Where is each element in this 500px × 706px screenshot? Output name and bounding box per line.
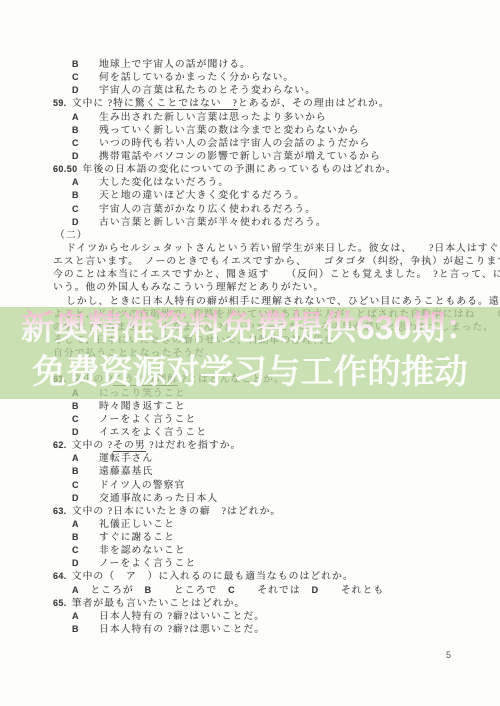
- doc-line: A ところが B ところで C それでは D それとも: [0, 584, 500, 597]
- doc-line: A大した変化はないだろう。: [0, 176, 500, 189]
- option-letter: D: [72, 150, 99, 163]
- doc-line: A生み出された新しい言葉は思ったより多いから: [0, 111, 500, 124]
- doc-line: Dイエスをよく言うこと: [0, 426, 500, 439]
- text-segment: とあるが、その理由はどれか。: [238, 98, 390, 109]
- option-letter: D: [72, 557, 99, 570]
- text-segment: 古い言葉と新しい言葉が半々使われるだろう。: [99, 217, 327, 228]
- doc-line: B時々聞き返すこと: [0, 400, 500, 413]
- doc-line: B天と地の違いほど大きく変化するだろう。: [0, 189, 500, 202]
- question-number: 65.: [53, 598, 67, 608]
- underlined-phrase: 特に驚くことではない ?: [113, 98, 238, 110]
- text-segment: ところで: [152, 585, 228, 596]
- option-letter: C: [72, 137, 99, 150]
- doc-line: D古い言葉と新しい言葉が半々使われるだろう。: [0, 216, 500, 229]
- text-segment: 生み出された新しい言葉は思ったより多いから: [99, 112, 327, 123]
- text-segment: D: [312, 585, 320, 595]
- text-segment: ドイツからセルシュタットさんという若い留学生が来日した。彼女は、 ?日本人はすぐ…: [66, 243, 500, 254]
- text-segment: ノーをよく言うこと: [99, 414, 196, 425]
- doc-line: C何を話しているかまったく分からない。: [0, 71, 500, 84]
- option-letter: A: [72, 176, 99, 189]
- option-letter: D: [72, 426, 99, 439]
- text-segment: C: [228, 585, 236, 595]
- doc-line: 64.文中の（ ア ）に入れるのに最も適当なものはどれか。: [0, 570, 500, 583]
- option-letter: A: [72, 518, 99, 531]
- text-segment: 遠藤嘉基氏: [99, 466, 153, 477]
- question-number: 63.: [53, 506, 67, 516]
- question-number: 64.: [53, 571, 67, 581]
- option-letter: B: [72, 124, 99, 137]
- text-segment: 宇宙人の言葉がかなり広く使われるだろう。: [99, 204, 316, 215]
- text-segment: 交通事故にあった日本人: [99, 493, 218, 504]
- doc-line: A運転手さん: [0, 452, 500, 465]
- underlined-phrase: その男: [113, 440, 146, 452]
- doc-line: 62.文中の ?その男 ?はだれを指すか。: [0, 439, 500, 452]
- doc-line: D交通事故にあった日本人: [0, 492, 500, 505]
- option-letter: C: [72, 71, 99, 84]
- doc-line: Cノーをよく言うこと: [0, 413, 500, 426]
- text-segment: 文中の ?: [72, 440, 113, 451]
- doc-line: C非を認めないこと: [0, 544, 500, 557]
- option-letter: B: [72, 623, 99, 636]
- option-letter: C: [72, 544, 99, 557]
- doc-line: Cいつの時代も若い人の会話は宇宙人の会話のようだから: [0, 137, 500, 150]
- text-segment: 文中の（ ア ）に入れるのに最も適当なものはどれか。: [72, 571, 354, 582]
- text-segment: 地球上で宇宙人の話が聞ける。: [99, 59, 251, 70]
- doc-line: 63.文中の ?日本にいたときの癖 ?はどれか。: [0, 505, 500, 518]
- option-letter: A: [72, 111, 99, 124]
- text-segment: いつの時代も若い人の会話は宇宙人の会話のようだから: [99, 138, 370, 149]
- document-page: B地球上で宇宙人の話が聞ける。C何を話しているかまったく分からない。D宇宙人の言…: [0, 0, 500, 706]
- doc-line: （二）: [0, 229, 500, 242]
- text-segment: 日本人特有の ?癖?は悪いことだ。: [99, 624, 265, 635]
- doc-line: 65.筆者が最も言いたいことはどれか。: [0, 597, 500, 610]
- text-segment: しかし、ときに日本人特有の癖が相手に理解されないで、ひどい目にあうこともある。遠…: [66, 296, 500, 307]
- text-segment: 時々聞き返すこと: [99, 401, 186, 412]
- text-segment: 宇宙人の言葉は私たちのとそう変わらない。: [99, 85, 316, 96]
- doc-line: ドイツからセルシュタットさんという若い留学生が来日した。彼女は、 ?日本人はすぐ…: [0, 242, 500, 255]
- doc-line: Cドイツ人の警察官: [0, 479, 500, 492]
- text-segment: 何を話しているかまったく分からない。: [99, 72, 294, 83]
- doc-line: B残っていく新しい言葉の数は今までと変わらないから: [0, 124, 500, 137]
- text-segment: 携帯電話やパソコンの影響で新しい言葉が増えているから: [99, 151, 381, 162]
- doc-line: しかし、ときに日本人特有の癖が相手に理解されないで、ひどい目にあうこともある。遠…: [0, 295, 500, 308]
- doc-line: 今のことは本当にイエスですかと、聞き返す （反问）ことも覚えました。 ?と言って…: [0, 268, 500, 281]
- text-segment: イエスをよく言うこと: [99, 427, 207, 438]
- text-segment: 礼儀正しいこと: [99, 519, 175, 530]
- doc-line: D宇宙人の言葉は私たちのとそう変わらない。: [0, 84, 500, 97]
- text-segment: 大した変化はないだろう。: [99, 177, 229, 188]
- doc-line: A礼儀正しいこと: [0, 518, 500, 531]
- doc-line: B日本人特有の ?癖?は悪いことだ。: [0, 623, 500, 636]
- text-segment: 天と地の違いほど大きく変化するだろう。: [99, 190, 305, 201]
- option-letter: B: [72, 531, 99, 544]
- doc-line: いう。他の外国人もみなこういう理解だとありがたい。: [0, 281, 500, 294]
- option-letter: A: [72, 610, 99, 623]
- watermark-overlay: [0, 307, 500, 399]
- text-segment: エスと言います。 ノーのときでもイエスですから、 ゴタゴタ（纠纷，争执）が起こり…: [53, 256, 500, 267]
- doc-line: A日本人特有の ?癖?はいいことだ。: [0, 610, 500, 623]
- text-segment: いう。他の外国人もみなこういう理解だとありがたい。: [53, 282, 324, 293]
- doc-line: B地球上で宇宙人の話が聞ける。: [0, 58, 500, 71]
- doc-line: 59.文中に ?特に驚くことではない ?とあるが、その理由はどれか。: [0, 97, 500, 110]
- text-segment: それとも: [319, 585, 384, 596]
- text-segment: ドイツ人の警察官: [99, 480, 185, 491]
- doc-line: エスと言います。 ノーのときでもイエスですから、 ゴタゴタ（纠纷，争执）が起こり…: [0, 255, 500, 268]
- doc-line: C宇宙人の言葉がかなり広く使われるだろう。: [0, 203, 500, 216]
- option-letter: D: [72, 84, 99, 97]
- option-letter: D: [72, 216, 99, 229]
- question-number: 60.50: [53, 164, 78, 174]
- text-segment: 文中に ?: [72, 98, 113, 109]
- option-letter: C: [72, 413, 99, 426]
- question-number: 59.: [53, 98, 67, 108]
- option-letter: B: [72, 465, 99, 478]
- text-segment: 運転手さん: [99, 453, 153, 464]
- doc-line: D携帯電話やパソコンの影響で新しい言葉が増えているから: [0, 150, 500, 163]
- option-letter: C: [72, 479, 99, 492]
- text-segment: 日本人特有の ?癖?はいいことだ。: [99, 611, 265, 622]
- text-segment: 非を認めないこと: [99, 545, 186, 556]
- doc-line: Bすぐに謝ること: [0, 531, 500, 544]
- option-letter: D: [72, 492, 99, 505]
- text-segment: すぐに謝ること: [99, 532, 175, 543]
- text-segment: 今のことは本当にイエスですかと、聞き返す （反问）ことも覚えました。 ?と言って…: [53, 269, 500, 280]
- option-letter: B: [72, 58, 99, 71]
- doc-line: B遠藤嘉基氏: [0, 465, 500, 478]
- text-segment: ところが: [80, 585, 145, 596]
- text-segment: 文中の ?日本にいたときの癖 ?はどれか。: [72, 506, 282, 517]
- option-letter: B: [72, 189, 99, 202]
- question-number: 62.: [53, 440, 67, 450]
- text-segment: （二）: [55, 230, 88, 241]
- text-segment: ノーをよく言うこと: [99, 558, 196, 569]
- text-segment: 年後の日本語の変化についての予測にあっているものはどれか。: [83, 164, 397, 175]
- text-segment: A: [72, 585, 80, 595]
- text-segment: 残っていく新しい言葉の数は今までと変わらないから: [99, 125, 359, 136]
- doc-line: 60.50年後の日本語の変化についての予測にあっているものはどれか。: [0, 163, 500, 176]
- text-segment: ?はだれを指すか。: [146, 440, 242, 451]
- option-letter: B: [72, 400, 99, 413]
- text-segment: 筆者が最も言いたいことはどれか。: [72, 598, 246, 609]
- page-number: 5: [446, 650, 451, 660]
- text-segment: それでは: [236, 585, 312, 596]
- option-letter: C: [72, 203, 99, 216]
- doc-line: Dノーをよく言うこと: [0, 557, 500, 570]
- option-letter: A: [72, 452, 99, 465]
